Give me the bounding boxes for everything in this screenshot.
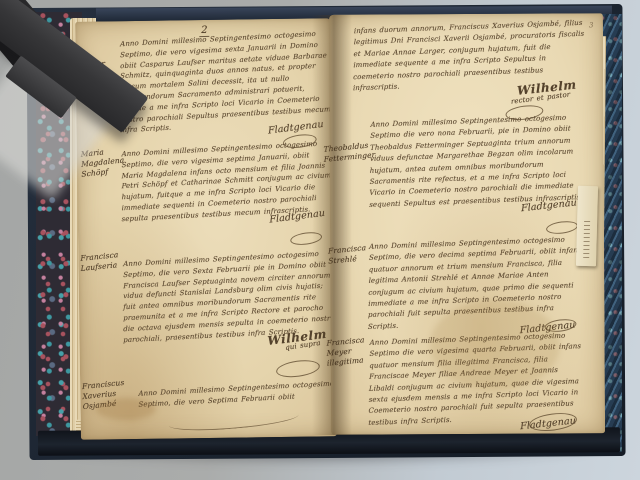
edge-tab-bookmark <box>576 186 598 266</box>
entry-body: Anno Domini millesimo Septingentesimo oc… <box>120 30 331 135</box>
entry-margin-name: Theobaldus Fetterminger <box>323 140 371 164</box>
burial-entry-text: Anno Domini millesimo Septingentesimo oc… <box>138 378 336 410</box>
signature-flourish <box>545 220 578 236</box>
burial-entry-text: Anno Domini millesimo Septingentesimo oc… <box>369 112 586 224</box>
page-number-right: 3 <box>587 21 596 29</box>
entry-margin-name: Francisca Meyer illegitima <box>326 334 372 368</box>
signature-flourish <box>289 230 322 246</box>
continuation-text: infans duorum annorum, Franciscus Xaveri… <box>353 18 586 118</box>
archival-photo-scene: 2 Caspar Laufser Anno Domini millesimo S… <box>0 0 640 480</box>
burial-entry-text: Anno Domini millesimo Septingentesimo oc… <box>123 248 335 367</box>
page-stain <box>96 398 156 420</box>
pen-flourish-curve <box>168 406 299 434</box>
page-stain <box>430 300 560 390</box>
entry-body: Anno Domini millesimo Septingentesimo oc… <box>369 114 582 209</box>
edge-tab-writing <box>583 220 590 258</box>
burial-entry-text: Anno Domini millesimo Septingentesimo oc… <box>120 28 332 148</box>
signature-flourish <box>275 358 321 380</box>
entry-body: Anno Domini millesimo Septingentesimo oc… <box>138 379 334 408</box>
entry-margin-name: Francisca Strehlé <box>328 243 372 267</box>
burial-entry-text: Anno Domini millesimo Septingentesimo oc… <box>122 138 334 237</box>
